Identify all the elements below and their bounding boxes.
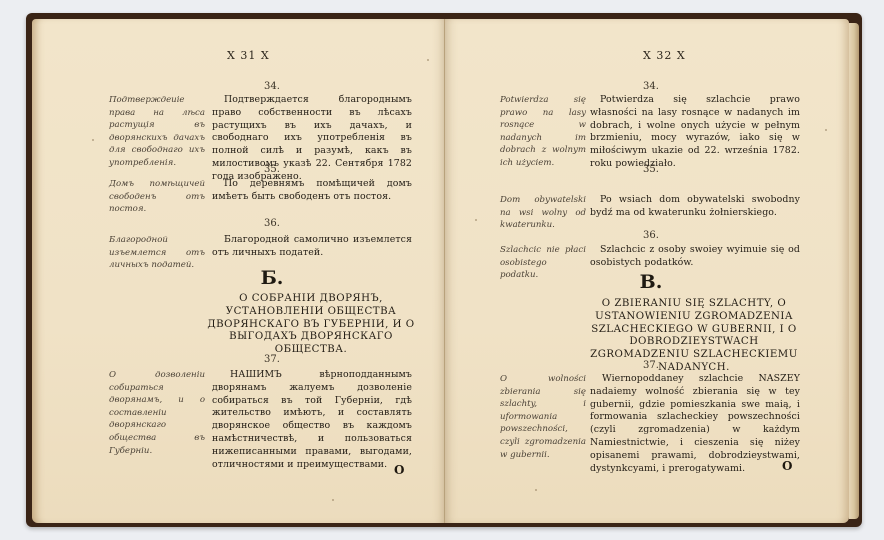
- margin-note: O wolności zbierania się szlachty, i ufo…: [500, 373, 586, 461]
- paragraph: Potwierdza się szlachcie prawo własności…: [590, 94, 800, 171]
- left-page: Ⅹ 31 Ⅹ 34. Подтверждеиіе права на лѣса р…: [32, 19, 445, 523]
- margin-note: О дозволеніи собираться дворянамъ, и о с…: [109, 369, 205, 457]
- margin-note: Szlachcic nie płaci osobistego podatku.: [500, 244, 586, 282]
- paper-speck: [535, 489, 537, 491]
- page-number-31: Ⅹ 31 Ⅹ: [227, 49, 270, 62]
- paragraph: НАШИМЪ вѣрноподданнымъ дворянамъ жалуемъ…: [212, 369, 412, 471]
- chapter-heading: O zbieraniu się szlachty, o ustanowieniu…: [583, 298, 805, 375]
- paragraph: Wiernopoddaney szlachcie NASZEY nadaiemy…: [590, 373, 800, 475]
- paper-speck: [92, 139, 94, 141]
- paper-speck: [475, 219, 477, 221]
- paragraph: Szlachcic z osoby swoiey wyimuie się od …: [590, 244, 800, 270]
- paper-speck: [825, 129, 827, 131]
- right-page: Ⅹ 32 Ⅹ 34. Potwierdza się prawo na lasy …: [445, 19, 849, 523]
- paragraph: Благородной самолично изъемлется отъ лич…: [212, 234, 412, 260]
- paragraph: По деревнямъ помѣщичей домъ имѣетъ быть …: [212, 178, 412, 204]
- section-number: 37.: [252, 354, 292, 365]
- margin-note: Potwierdza się prawo na lasy rosnące w n…: [500, 94, 586, 170]
- section-number: 35.: [631, 164, 671, 175]
- section-number: 37.: [631, 360, 671, 371]
- open-book: Ⅹ 31 Ⅹ 34. Подтверждеиіе права на лѣса р…: [20, 13, 866, 527]
- section-letter: B.: [631, 271, 671, 293]
- margin-note: Подтверждеиіе права на лѣса растущія въ …: [109, 94, 205, 170]
- page-edges: [849, 23, 859, 519]
- paragraph: Подтверждается благороднымъ право собств…: [212, 94, 412, 184]
- section-number: 35.: [252, 164, 292, 175]
- margin-note: Dom obywatelski na wsi wolny od kwaterun…: [500, 194, 586, 232]
- catchword: О: [394, 463, 404, 477]
- section-number: 34.: [631, 81, 671, 92]
- paragraph: Po wsiach dom obywatelski swobodny bydź …: [590, 194, 800, 220]
- paper-speck: [427, 59, 429, 61]
- section-number: 36.: [252, 218, 292, 229]
- paper-speck: [332, 499, 334, 501]
- section-number: 36.: [631, 230, 671, 241]
- section-letter: Б.: [252, 267, 292, 289]
- page-number-32: Ⅹ 32 Ⅹ: [643, 49, 686, 62]
- section-number: 34.: [252, 81, 292, 92]
- margin-note: Благородной изъемлется отъ личныхъ подат…: [109, 234, 205, 272]
- margin-note: Домъ помѣщичей свободенъ отъ постоя.: [109, 178, 205, 216]
- catchword: O: [782, 459, 792, 473]
- chapter-heading: О собраніи дворянъ, установленіи обществ…: [206, 293, 416, 357]
